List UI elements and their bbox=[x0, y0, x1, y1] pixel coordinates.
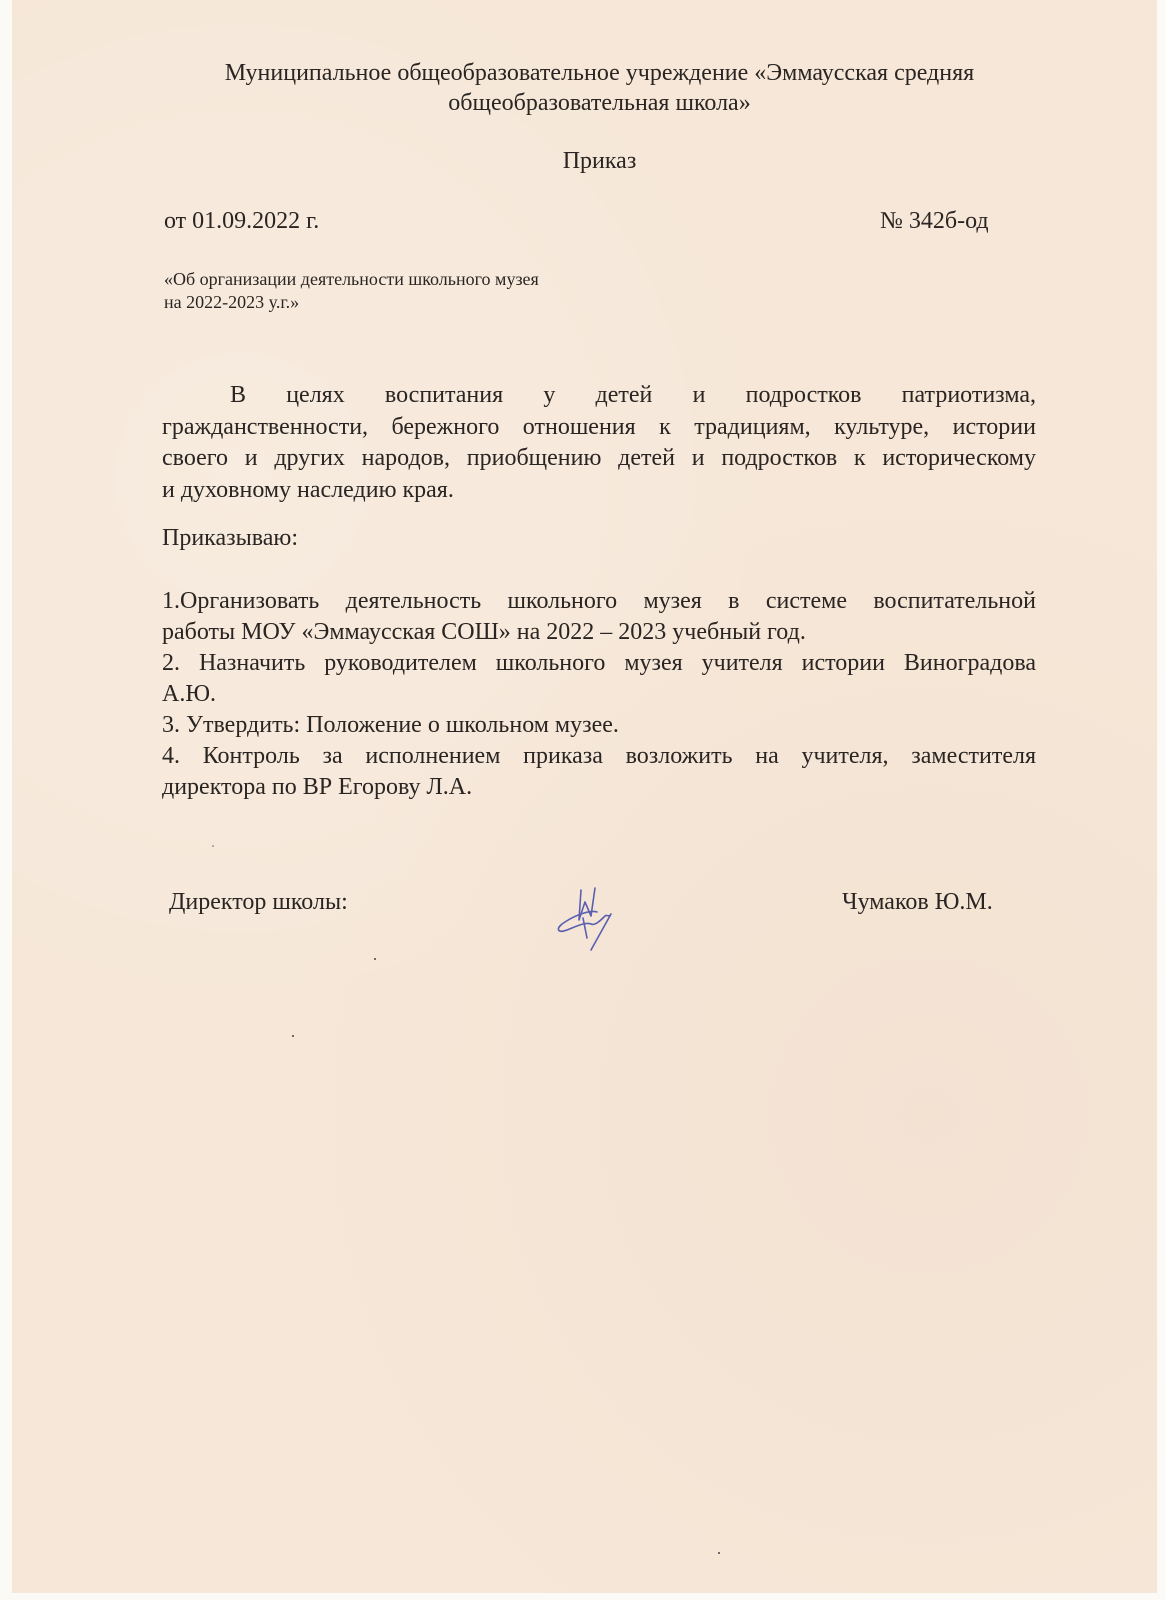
order-subject: «Об организации деятельности школьного м… bbox=[164, 268, 539, 314]
handwritten-signature-icon bbox=[547, 880, 627, 952]
scanned-page: Муниципальное общеобразовательное учрежд… bbox=[12, 0, 1157, 1593]
organization-header: Муниципальное общеобразовательное учрежд… bbox=[12, 58, 1165, 118]
order-number: № 342б-од bbox=[880, 208, 989, 235]
scan-speck bbox=[212, 845, 214, 847]
order-date: от 01.09.2022 г. bbox=[164, 208, 319, 235]
organization-name-line1: Муниципальное общеобразовательное учрежд… bbox=[12, 58, 1165, 88]
order-item-1-line: 1.Организовать деятельность школьного му… bbox=[162, 586, 1036, 617]
order-item-2-line: 2. Назначить руководителем школьного муз… bbox=[162, 648, 1036, 679]
signatory-role: Директор школы: bbox=[169, 889, 348, 916]
document-type-title: Приказ bbox=[12, 148, 1165, 175]
signatory-name: Чумаков Ю.М. bbox=[842, 889, 993, 916]
preamble-line: и духовному наследию края. bbox=[162, 475, 1036, 507]
preamble-line: гражданственности, бережного отношения к… bbox=[162, 412, 1036, 444]
organization-name-line2: общеобразовательная школа» bbox=[12, 88, 1165, 118]
order-items-list: 1.Организовать деятельность школьного му… bbox=[162, 586, 1036, 803]
scan-speck bbox=[374, 958, 376, 960]
order-item-1-line: работы МОУ «Эммаусская СОШ» на 2022 – 20… bbox=[162, 617, 1036, 648]
order-item-4-line: директора по ВР Егорову Л.А. bbox=[162, 772, 1036, 803]
scan-speck bbox=[292, 1035, 294, 1037]
order-directive-heading: Приказываю: bbox=[162, 525, 298, 552]
preamble-line: В целях воспитания у детей и подростков … bbox=[162, 380, 1036, 412]
preamble-paragraph: В целях воспитания у детей и подростков … bbox=[162, 380, 1036, 506]
subject-line2: на 2022-2023 у.г.» bbox=[164, 291, 539, 314]
order-item-3-line: 3. Утвердить: Положение о школьном музее… bbox=[162, 710, 1036, 741]
order-item-2-line: А.Ю. bbox=[162, 679, 1036, 710]
subject-line1: «Об организации деятельности школьного м… bbox=[164, 268, 539, 291]
scan-speck bbox=[718, 1552, 720, 1554]
preamble-line: своего и других народов, приобщению дете… bbox=[162, 443, 1036, 475]
order-item-4-line: 4. Контроль за исполнением приказа возло… bbox=[162, 741, 1036, 772]
